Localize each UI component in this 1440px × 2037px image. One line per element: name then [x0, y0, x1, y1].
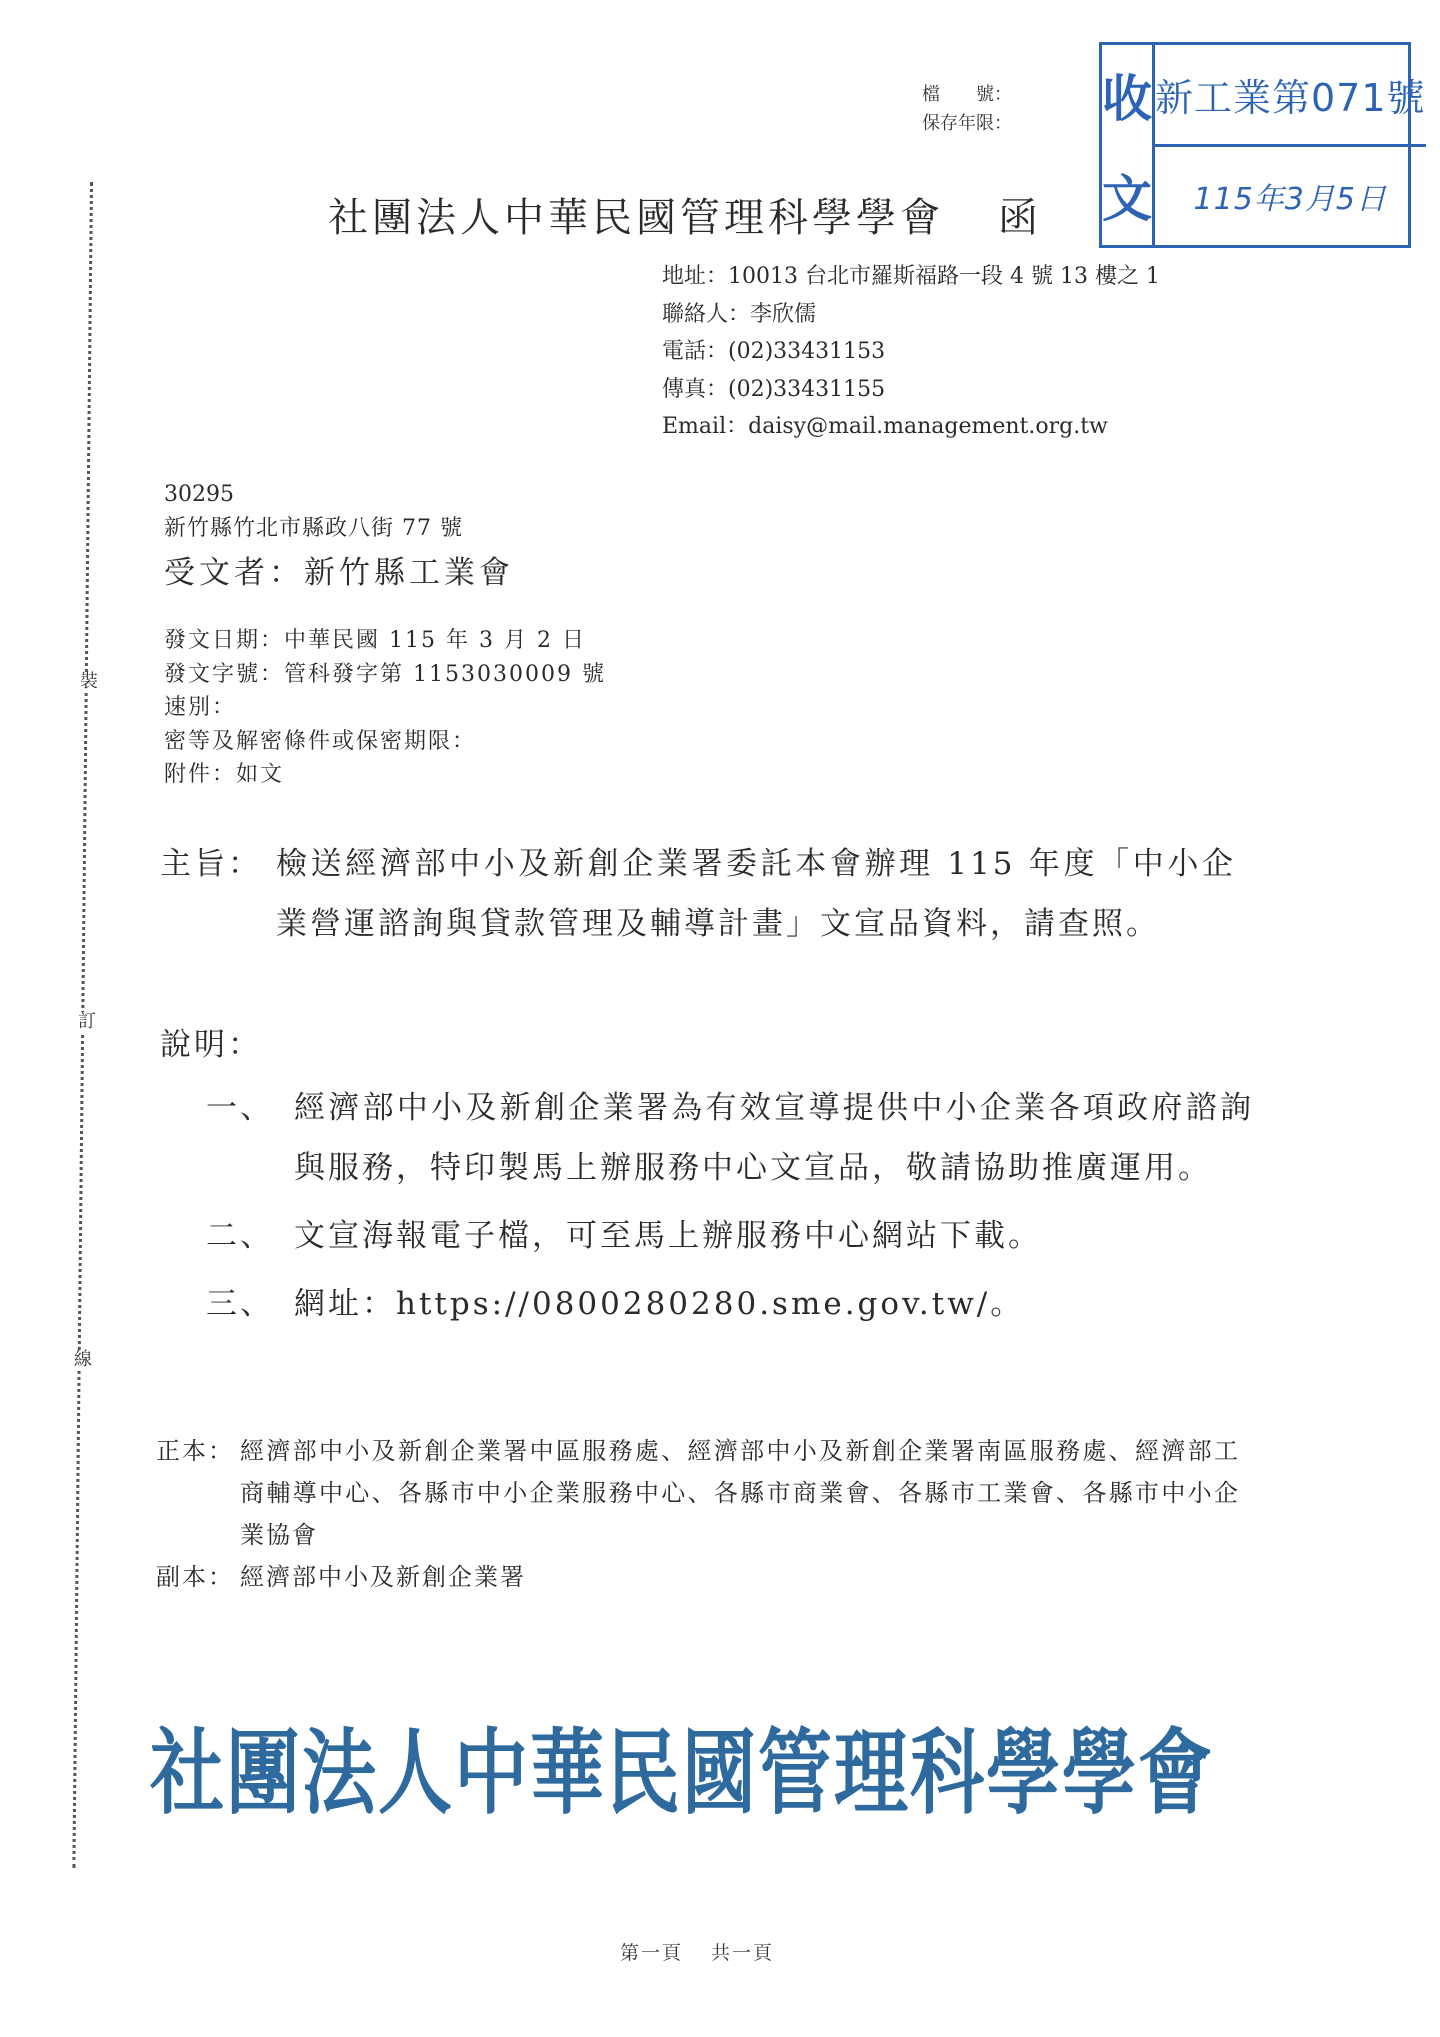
stamp-label-column: 收 文: [1102, 45, 1155, 245]
stamp-label-top: 收: [1102, 59, 1152, 131]
explanation-item: 二、 文宣海報電子檔，可至馬上辦服務中心網站下載。: [160, 1206, 1260, 1266]
stamp-date-cell: 115年3月5日: [1155, 147, 1426, 246]
sender-contact-person: 聯絡人：李欣儒: [662, 296, 1160, 334]
stamp-label-bottom: 文: [1102, 159, 1152, 231]
explanation-item-text: 文宣海報電子檔，可至馬上辦服務中心網站下載。: [294, 1206, 1254, 1266]
file-number-label: 檔 號：: [922, 80, 1012, 109]
urgency: 速別：: [164, 691, 606, 725]
recipient-block: 30295 新竹縣竹北市縣政八街 77 號 受文者：新竹縣工業會: [164, 478, 514, 598]
page-number: 第一頁: [620, 1942, 683, 1964]
confidentiality: 密等及解密條件或保密期限：: [164, 725, 606, 759]
explanation-item-number: 二、: [206, 1206, 274, 1266]
document-number: 發文字號：管科發字第 1153030009 號: [164, 658, 606, 692]
explanation-section: 說明： 一、 經濟部中小及新創企業署為有效宣導提供中小企業各項政府諮詢與服務，特…: [160, 1020, 1260, 1334]
explanation-item-text: 網址：https://0800280280.sme.gov.tw/。: [294, 1274, 1254, 1334]
organization-name: 社團法人中華民國管理科學學會: [328, 195, 944, 241]
sender-phone: 電話：(02)33431153: [662, 333, 1160, 371]
explanation-item-number: 一、: [206, 1078, 274, 1138]
recipient-address: 新竹縣竹北市縣政八街 77 號: [164, 512, 514, 546]
sender-address: 地址：10013 台北市羅斯福路一段 4 號 13 樓之 1: [662, 258, 1160, 296]
stamp-value-column: 新工業第071號 115年3月5日: [1155, 45, 1426, 245]
binding-char-zhuang: 裝: [80, 672, 98, 692]
stamp-receipt-number: 新工業第071號: [1155, 67, 1426, 122]
file-number-row: 檔 號：: [922, 80, 1012, 109]
document-title: 社團法人中華民國管理科學學會函: [328, 186, 1042, 243]
original-recipients-text: 經濟部中小及新創企業署中區服務處、經濟部中小及新創企業署南區服務處、經濟部工商輔…: [240, 1430, 1240, 1556]
copy-recipients: 副本： 經濟部中小及新創企業署: [156, 1556, 1256, 1598]
stamp-number-cell: 新工業第071號: [1155, 45, 1426, 147]
recipient-name: 受文者：新竹縣工業會: [164, 548, 514, 598]
explanation-item: 三、 網址：https://0800280280.sme.gov.tw/。: [160, 1274, 1260, 1334]
document-type: 函: [998, 195, 1042, 241]
distribution-section: 正本： 經濟部中小及新創企業署中區服務處、經濟部中小及新創企業署南區服務處、經濟…: [156, 1430, 1256, 1598]
organization-seal: 社團法人中華民國管理科學學會: [150, 1700, 1214, 1833]
sender-email: Email：daisy@mail.management.org.tw: [662, 408, 1160, 446]
explanation-item-text: 經濟部中小及新創企業署為有效宣導提供中小企業各項政府諮詢與服務，特印製馬上辦服務…: [294, 1078, 1254, 1198]
receipt-stamp: 收 文 新工業第071號 115年3月5日: [1099, 42, 1411, 248]
original-recipients: 正本： 經濟部中小及新創企業署中區服務處、經濟部中小及新創企業署南區服務處、經濟…: [156, 1430, 1256, 1556]
explanation-item: 一、 經濟部中小及新創企業署為有效宣導提供中小企業各項政府諮詢與服務，特印製馬上…: [160, 1078, 1260, 1198]
sender-contact: 地址：10013 台北市羅斯福路一段 4 號 13 樓之 1 聯絡人：李欣儒 電…: [662, 258, 1160, 446]
binding-char-ding: 訂: [78, 1012, 96, 1032]
explanation-item-number: 三、: [206, 1274, 274, 1334]
subject-text: 檢送經濟部中小及新創企業署委託本會辦理 115 年度「中小企業營運諮詢與貸款管理…: [276, 834, 1236, 954]
copy-label: 副本：: [156, 1556, 234, 1598]
stamp-receipt-date: 115年3月5日: [1194, 174, 1387, 218]
document-meta: 發文日期：中華民國 115 年 3 月 2 日 發文字號：管科發字第 11530…: [164, 624, 606, 792]
page-footer: 第一頁共一頁: [620, 1938, 774, 1965]
subject-section: 主旨： 檢送經濟部中小及新創企業署委託本會辦理 115 年度「中小企業營運諮詢與…: [160, 834, 1260, 954]
retention-row: 保存年限：: [922, 109, 1012, 138]
attachment: 附件：如文: [164, 758, 606, 792]
subject-label: 主旨：: [160, 834, 262, 894]
file-meta: 檔 號： 保存年限：: [922, 80, 1012, 138]
recipient-zip: 30295: [164, 478, 514, 512]
copy-recipients-text: 經濟部中小及新創企業署: [240, 1556, 1240, 1598]
original-label: 正本：: [156, 1430, 234, 1472]
explanation-label: 說明：: [160, 1020, 1260, 1070]
sender-fax: 傳真：(02)33431155: [662, 371, 1160, 409]
issue-date: 發文日期：中華民國 115 年 3 月 2 日: [164, 624, 606, 658]
retention-label: 保存年限：: [922, 109, 1012, 138]
page-total: 共一頁: [711, 1942, 774, 1964]
binding-char-xian: 線: [74, 1350, 92, 1370]
